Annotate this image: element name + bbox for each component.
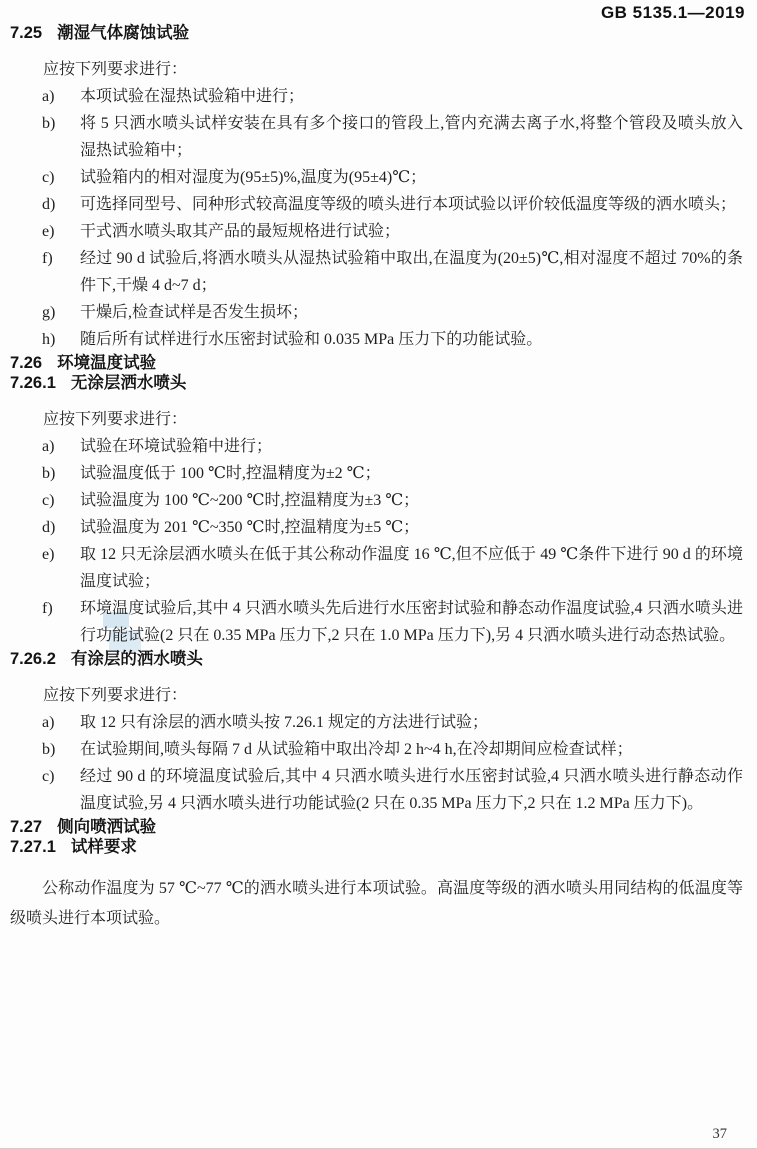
section-heading-7-27: 7.27 侧向喷洒试验 <box>10 817 743 837</box>
list-item: d) 可选择同型号、同种形式较高温度等级的喷头进行本项试验以评价较低温度等级的洒… <box>10 191 743 218</box>
section-heading-7-27-1: 7.27.1 试样要求 <box>10 837 743 857</box>
section-heading-7-26-2: 7.26.2 有涂层的洒水喷头 <box>10 649 743 669</box>
item-label: b) <box>42 460 80 487</box>
item-label: e) <box>42 541 80 595</box>
section-title: 有涂层的洒水喷头 <box>71 649 203 669</box>
item-text: 试验温度低于 100 ℃时,控温精度为±2 ℃； <box>80 460 743 487</box>
item-text: 试验温度为 100 ℃~200 ℃时,控温精度为±3 ℃； <box>80 487 743 514</box>
item-text: 试验箱内的相对湿度为(95±5)%,温度为(95±4)℃； <box>80 164 743 191</box>
list-item: c) 试验箱内的相对湿度为(95±5)%,温度为(95±4)℃； <box>10 164 743 191</box>
item-text: 干燥后,检查试样是否发生损坏； <box>80 299 743 326</box>
item-label: a) <box>42 709 80 736</box>
section-title: 侧向喷洒试验 <box>57 817 156 837</box>
section-heading-7-26-1: 7.26.1 无涂层洒水喷头 <box>10 373 743 393</box>
list-item: a) 本项试验在湿热试验箱中进行； <box>10 83 743 110</box>
list-item: b) 将 5 只洒水喷头试样安装在具有多个接口的管段上,管内充满去离子水,将整个… <box>10 110 743 164</box>
item-label: c) <box>42 487 80 514</box>
item-label: b) <box>42 110 80 164</box>
page-footer: 37 <box>713 1126 728 1143</box>
item-label: g) <box>42 299 80 326</box>
item-text: 随后所有试样进行水压密封试验和 0.035 MPa 压力下的功能试验。 <box>80 326 743 353</box>
section-number: 7.26.1 <box>10 373 56 393</box>
list-7-26-2: a) 取 12 只有涂层的洒水喷头按 7.26.1 规定的方法进行试验； b) … <box>10 709 743 817</box>
section-number: 7.27.1 <box>10 837 56 857</box>
intro-7-26-1: 应按下列要求进行： <box>43 406 743 433</box>
list-item: g) 干燥后,检查试样是否发生损坏； <box>10 299 743 326</box>
item-label: f) <box>42 595 80 649</box>
section-heading-7-25: 7.25 潮湿气体腐蚀试验 <box>10 23 743 43</box>
page-number: 37 <box>713 1126 728 1142</box>
list-item: b) 在试验期间,喷头每隔 7 d 从试验箱中取出冷却 2 h~4 h,在冷却期… <box>10 736 743 763</box>
document-page: GB 5135.1—2019 7.25 潮湿气体腐蚀试验 应按下列要求进行： a… <box>0 0 757 1149</box>
item-text: 本项试验在湿热试验箱中进行； <box>80 83 743 110</box>
item-text: 环境温度试验后,其中 4 只洒水喷头先后进行水压密封试验和静态动作温度试验,4 … <box>80 595 743 649</box>
list-7-25: a) 本项试验在湿热试验箱中进行； b) 将 5 只洒水喷头试样安装在具有多个接… <box>10 83 743 353</box>
item-label: d) <box>42 191 80 218</box>
item-text: 取 12 只有涂层的洒水喷头按 7.26.1 规定的方法进行试验； <box>80 709 743 736</box>
document-content: 7.25 潮湿气体腐蚀试验 应按下列要求进行： a) 本项试验在湿热试验箱中进行… <box>0 23 757 934</box>
list-item: e) 干式洒水喷头取其产品的最短规格进行试验； <box>10 218 743 245</box>
list-item: d) 试验温度为 201 ℃~350 ℃时,控温精度为±5 ℃； <box>10 514 743 541</box>
item-label: c) <box>42 164 80 191</box>
list-item: b) 试验温度低于 100 ℃时,控温精度为±2 ℃； <box>10 460 743 487</box>
intro-7-25: 应按下列要求进行： <box>43 56 743 83</box>
intro-7-26-2: 应按下列要求进行： <box>43 682 743 709</box>
item-label: h) <box>42 326 80 353</box>
section-number: 7.26 <box>10 353 42 373</box>
item-text: 将 5 只洒水喷头试样安装在具有多个接口的管段上,管内充满去离子水,将整个管段及… <box>80 110 743 164</box>
section-title: 无涂层洒水喷头 <box>71 373 187 393</box>
item-label: a) <box>42 433 80 460</box>
item-text: 经过 90 d 试验后,将洒水喷头从湿热试验箱中取出,在温度为(20±5)℃,相… <box>80 245 743 299</box>
list-item: c) 经过 90 d 的环境温度试验后,其中 4 只洒水喷头进行水压密封试验,4… <box>10 763 743 817</box>
item-label: b) <box>42 736 80 763</box>
list-item: e) 取 12 只无涂层洒水喷头在低于其公称动作温度 16 ℃,但不应低于 49… <box>10 541 743 595</box>
list-item: f) 环境温度试验后,其中 4 只洒水喷头先后进行水压密封试验和静态动作温度试验… <box>10 595 743 649</box>
item-text: 试验在环境试验箱中进行； <box>80 433 743 460</box>
section-number: 7.26.2 <box>10 649 56 669</box>
item-text: 试验温度为 201 ℃~350 ℃时,控温精度为±5 ℃； <box>80 514 743 541</box>
section-number: 7.27 <box>10 817 42 837</box>
standard-code: GB 5135.1—2019 <box>601 3 745 22</box>
paragraph-7-27-1: 公称动作温度为 57 ℃~77 ℃的洒水喷头进行本项试验。高温度等级的洒水喷头用… <box>10 874 743 934</box>
section-number: 7.25 <box>10 23 42 43</box>
item-label: c) <box>42 763 80 817</box>
item-label: a) <box>42 83 80 110</box>
section-title: 试样要求 <box>71 837 137 857</box>
item-label: f) <box>42 245 80 299</box>
item-label: d) <box>42 514 80 541</box>
section-title: 潮湿气体腐蚀试验 <box>57 23 189 43</box>
page-header: GB 5135.1—2019 <box>0 0 757 23</box>
section-heading-7-26: 7.26 环境温度试验 <box>10 353 743 373</box>
list-item: f) 经过 90 d 试验后,将洒水喷头从湿热试验箱中取出,在温度为(20±5)… <box>10 245 743 299</box>
section-title: 环境温度试验 <box>57 353 156 373</box>
item-text: 可选择同型号、同种形式较高温度等级的喷头进行本项试验以评价较低温度等级的洒水喷头… <box>80 191 743 218</box>
list-item: h) 随后所有试样进行水压密封试验和 0.035 MPa 压力下的功能试验。 <box>10 326 743 353</box>
list-item: a) 取 12 只有涂层的洒水喷头按 7.26.1 规定的方法进行试验； <box>10 709 743 736</box>
item-text: 在试验期间,喷头每隔 7 d 从试验箱中取出冷却 2 h~4 h,在冷却期间应检… <box>80 736 743 763</box>
item-text: 干式洒水喷头取其产品的最短规格进行试验； <box>80 218 743 245</box>
item-label: e) <box>42 218 80 245</box>
list-item: c) 试验温度为 100 ℃~200 ℃时,控温精度为±3 ℃； <box>10 487 743 514</box>
item-text: 取 12 只无涂层洒水喷头在低于其公称动作温度 16 ℃,但不应低于 49 ℃条… <box>80 541 743 595</box>
list-7-26-1: a) 试验在环境试验箱中进行； b) 试验温度低于 100 ℃时,控温精度为±2… <box>10 433 743 649</box>
list-item: a) 试验在环境试验箱中进行； <box>10 433 743 460</box>
item-text: 经过 90 d 的环境温度试验后,其中 4 只洒水喷头进行水压密封试验,4 只洒… <box>80 763 743 817</box>
